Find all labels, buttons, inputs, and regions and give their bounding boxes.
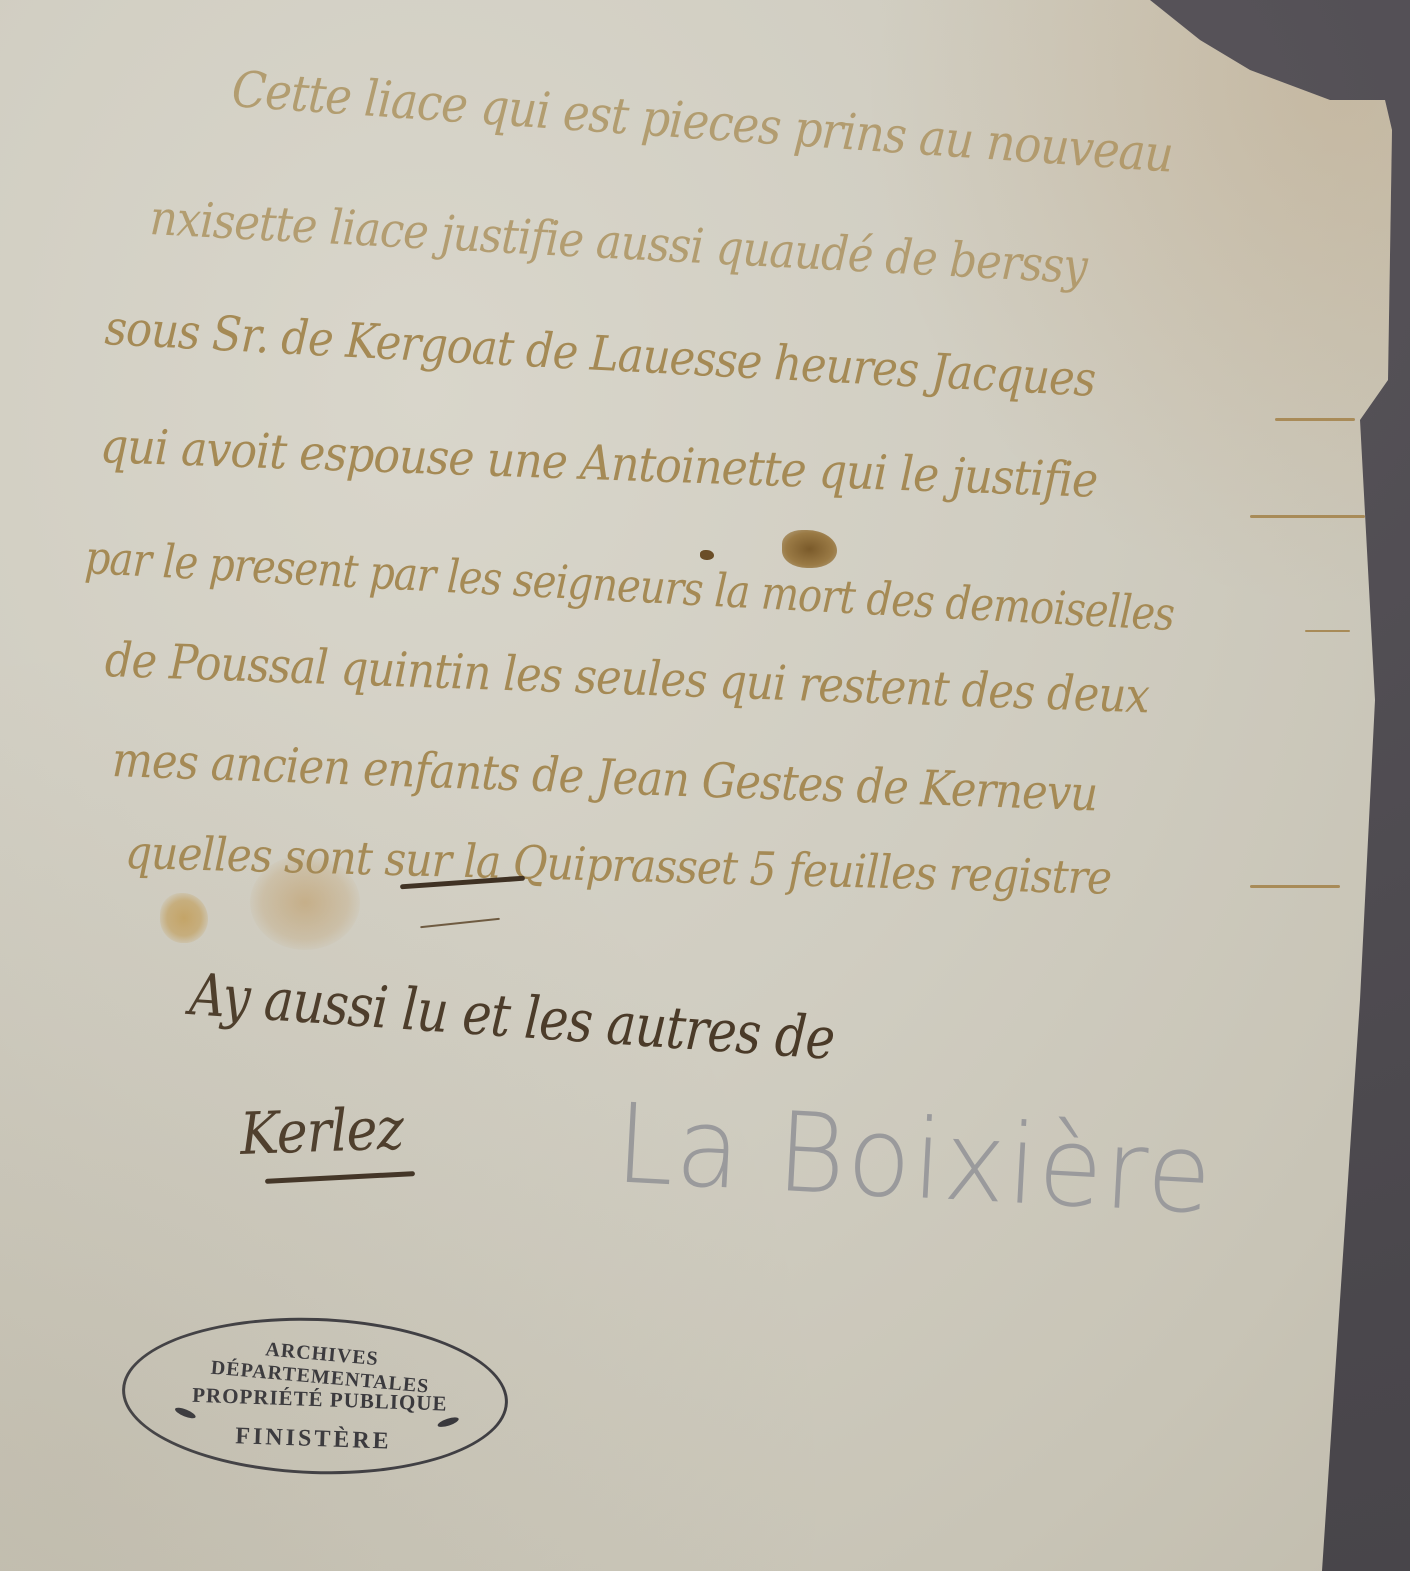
manuscript-line-5: par le present par les seigneurs la mort… bbox=[84, 530, 1176, 641]
margin-rule bbox=[1250, 515, 1365, 518]
manuscript-line-8: quelles sont sur la Quiprasset 5 feuille… bbox=[124, 825, 1112, 905]
stamp-bottom-text: FINISTÈRE bbox=[163, 1421, 464, 1458]
manuscript-line-1: Cette liace qui est pieces prins au nouv… bbox=[230, 60, 1175, 184]
signature-line-1: Ay aussi lu et les autres de bbox=[188, 960, 837, 1073]
stamp-middle-text: PROPRIÉTÉ PUBLIQUE bbox=[165, 1382, 476, 1418]
manuscript-line-2: nxisette liace justifie aussi quaudé de … bbox=[149, 190, 1089, 295]
archive-stamp: ARCHIVES DÉPARTEMENTALES PROPRIÉTÉ PUBLI… bbox=[119, 1311, 510, 1480]
ink-stain bbox=[160, 893, 208, 943]
signature-underline bbox=[265, 1171, 415, 1184]
signature-name: Kerlez bbox=[239, 1094, 404, 1168]
manuscript-line-7: mes ancien enfants de Jean Gestes de Ker… bbox=[111, 732, 1098, 822]
water-stain bbox=[250, 855, 360, 950]
underline-stroke bbox=[420, 918, 500, 928]
margin-rule bbox=[1305, 630, 1350, 632]
manuscript-line-6: de Poussal quintin les seules qui resten… bbox=[104, 632, 1150, 724]
margin-rule bbox=[1275, 418, 1355, 421]
stamp-top-text: ARCHIVES DÉPARTEMENTALES bbox=[165, 1330, 478, 1403]
paper-damage-spot bbox=[700, 550, 714, 560]
stamp-ornament-right bbox=[437, 1415, 460, 1428]
manuscript-line-3: sous Sr. de Kergoat de Lauesse heures Ja… bbox=[104, 300, 1097, 408]
stamp-ornament-left bbox=[174, 1406, 197, 1421]
margin-rule bbox=[1250, 885, 1340, 888]
manuscript-page: Cette liace qui est pieces prins au nouv… bbox=[0, 0, 1410, 1571]
paper-damage-hole bbox=[782, 530, 837, 568]
underline-stroke bbox=[400, 876, 525, 890]
manuscript-line-4: qui avoit espouse une Antoinette qui le … bbox=[99, 418, 1098, 509]
pencil-annotation: La Boixière bbox=[613, 1079, 1217, 1238]
